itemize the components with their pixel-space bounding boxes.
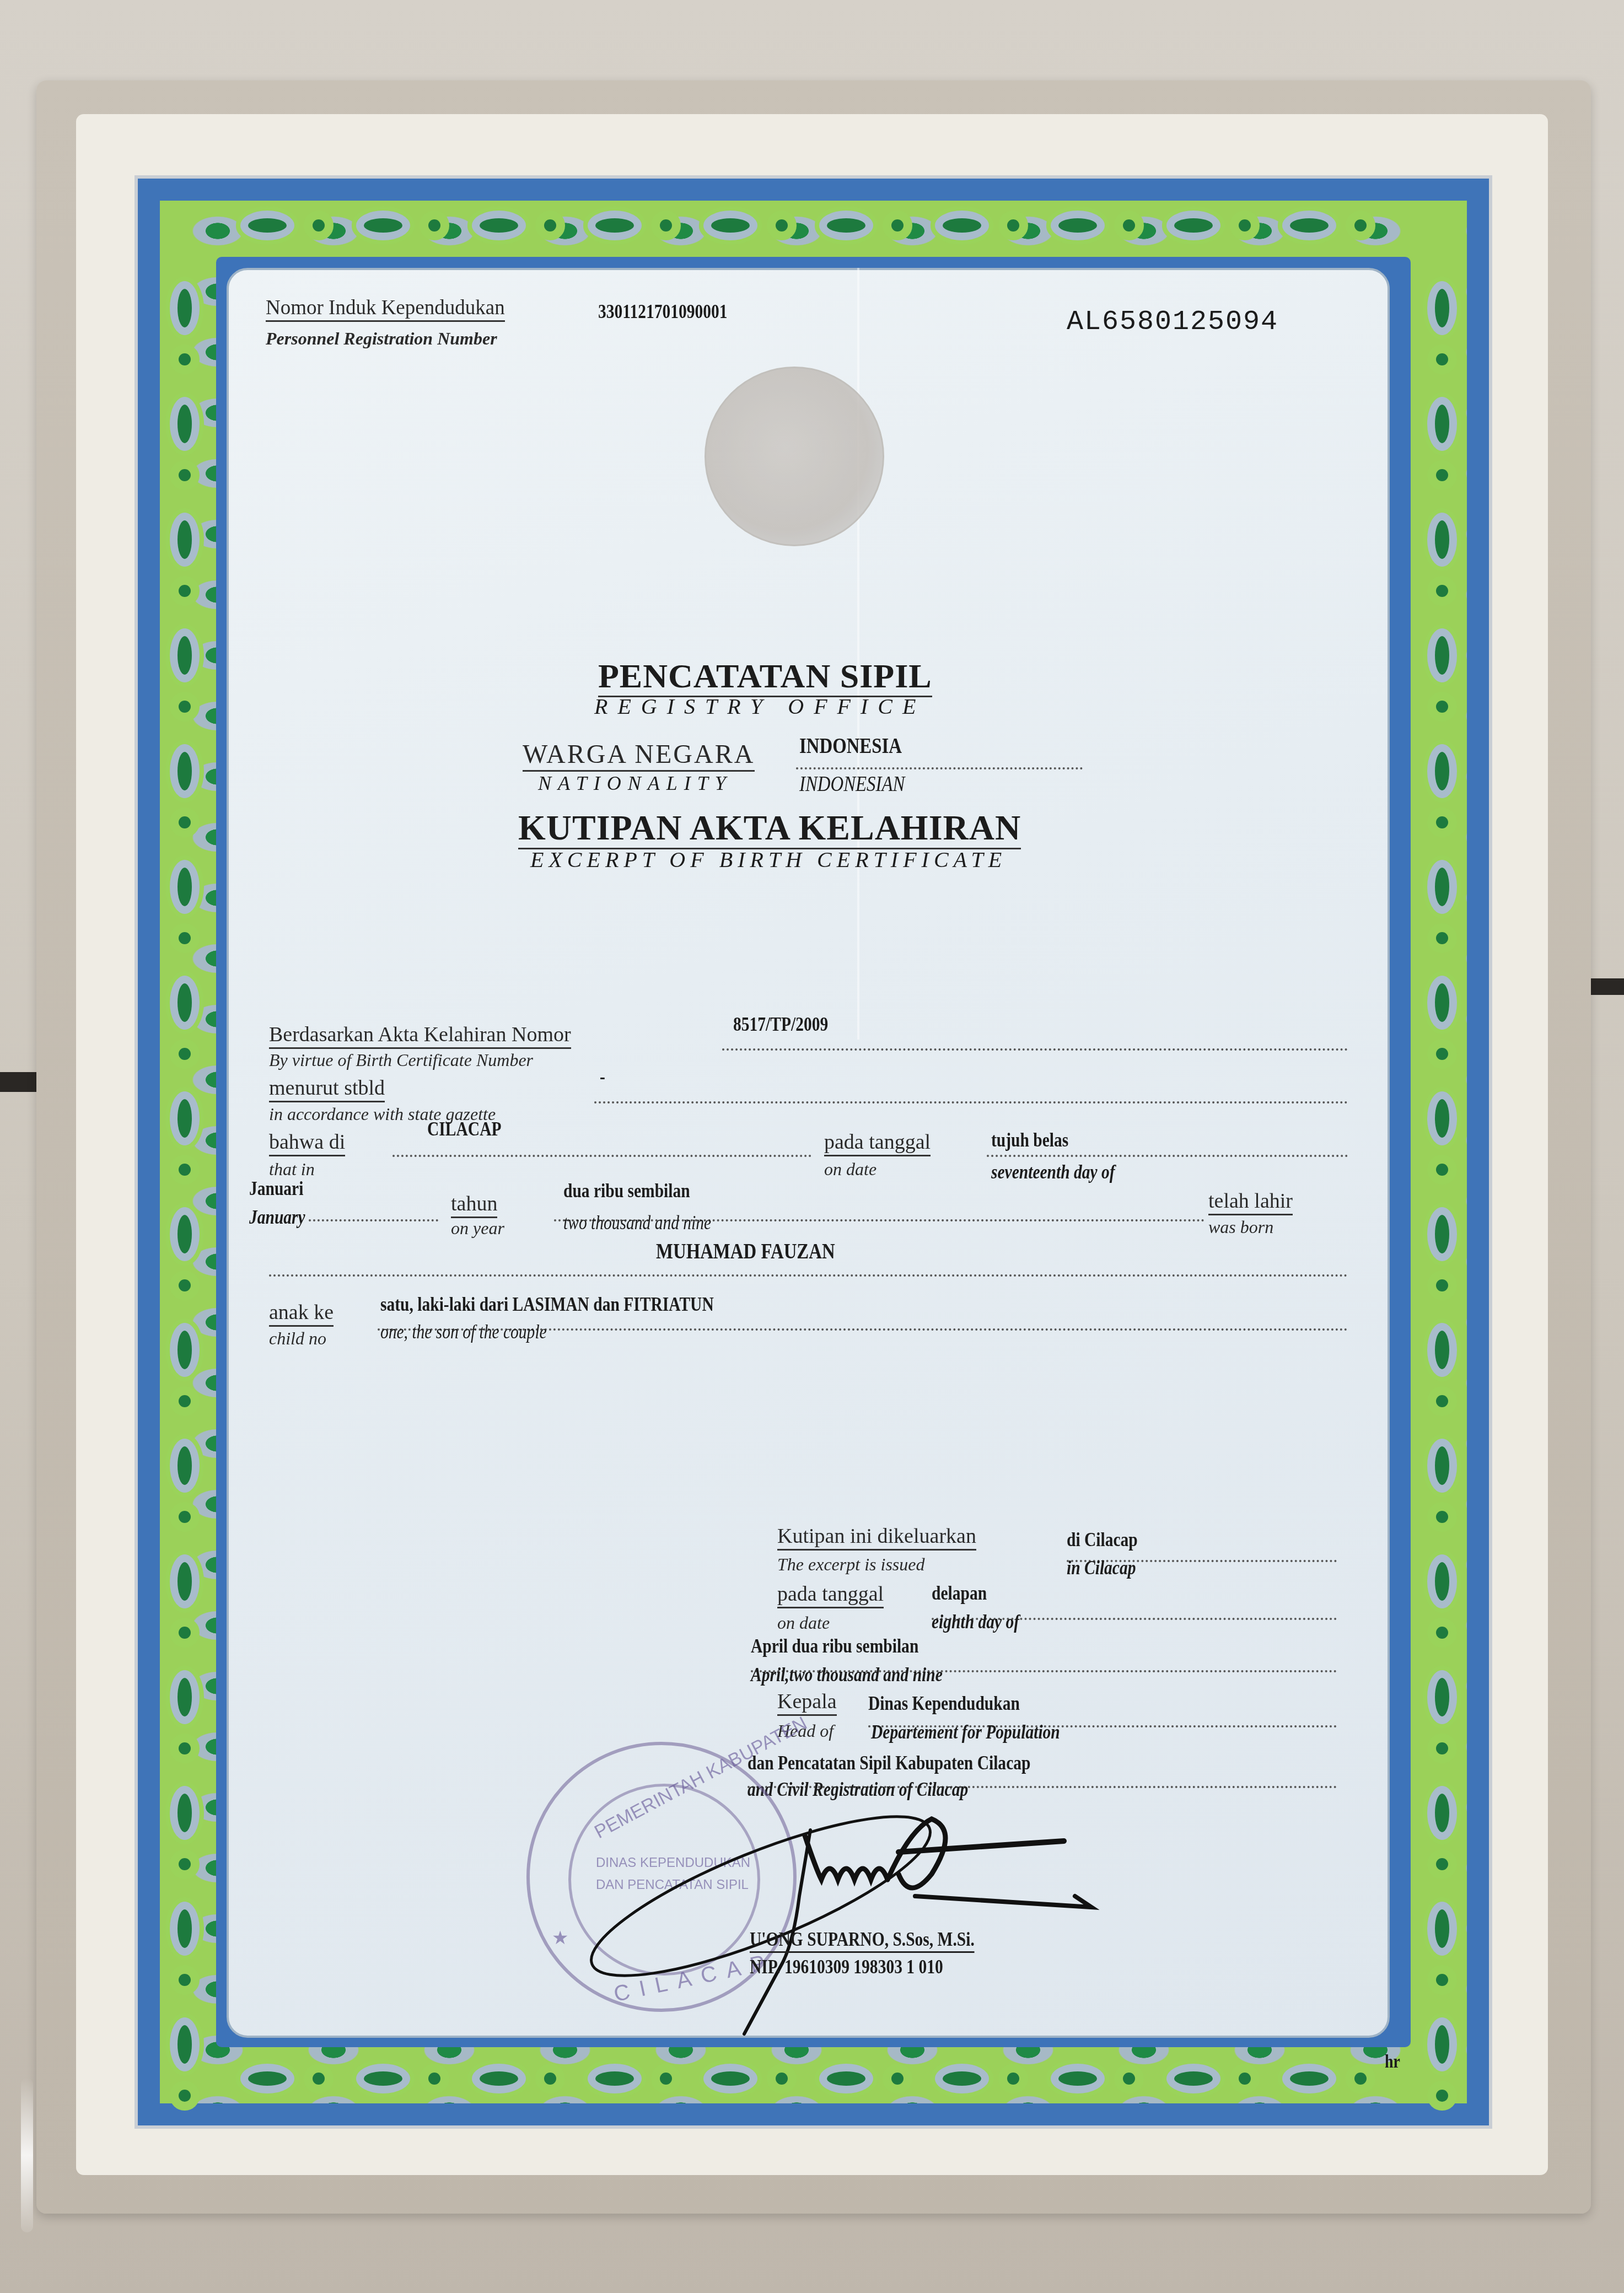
birth-date-value: tujuh belas [991, 1130, 1068, 1150]
border-dot-icon [179, 932, 191, 944]
border-medallion-icon [595, 2071, 634, 2086]
serial-number: AL6580125094 [1067, 309, 1278, 336]
issued-month-year-en: April,two thousand and nine [751, 1665, 943, 1684]
border-dot-icon [179, 1395, 191, 1407]
nationality-value-en: INDONESIAN [799, 773, 905, 795]
border-dot-icon [891, 219, 904, 232]
border-medallion-icon [248, 218, 287, 233]
border-dot-icon [1436, 585, 1448, 597]
border-dot-icon [1436, 1279, 1448, 1291]
nik-label-en: Personnel Registration Number [266, 330, 497, 347]
border-medallion-icon [178, 636, 192, 675]
office-title-en: REGISTRY OFFICE [594, 696, 926, 718]
border-dot-icon [179, 469, 191, 481]
border-dot-icon [1436, 1395, 1448, 1407]
border-dot-icon [179, 353, 191, 365]
sleeve-glare [21, 2078, 33, 2232]
signature [579, 1797, 1108, 2039]
nationality-label-en: NATIONALITY [538, 773, 733, 793]
born-label-en: was born [1208, 1218, 1273, 1236]
border-medallion-icon [1435, 983, 1449, 1022]
border-medallion-icon [1058, 2071, 1097, 2086]
stbld-label: menurut stbld [269, 1078, 385, 1102]
birth-date-dotted-line [987, 1155, 1348, 1157]
nationality-dotted-line [796, 767, 1083, 769]
border-medallion-icon [1435, 636, 1449, 675]
border-medallion-icon [178, 1099, 192, 1138]
cert-number-label: Berdasarkan Akta Kelahiran Nomor [269, 1024, 571, 1049]
nationality-label: WARGA NEGARA [523, 741, 755, 772]
border-dot-icon [428, 219, 440, 232]
border-medallion-icon [1435, 289, 1449, 327]
border-medallion-icon [1435, 1215, 1449, 1253]
border-medallion-icon [1174, 218, 1213, 233]
border-dot-icon [179, 1164, 191, 1176]
nationality-value: INDONESIA [799, 735, 902, 757]
stamp-star-icon: ★ [552, 1927, 568, 1949]
border-medallion-icon [480, 218, 518, 233]
border-medallion-icon [178, 289, 192, 327]
official-nip: NIP. 19610309 198303 1 010 [750, 1957, 943, 1977]
border-medallion-icon [1435, 1562, 1449, 1601]
border-medallion-icon [1435, 1099, 1449, 1138]
border-medallion-icon [178, 405, 192, 443]
border-dot-icon [179, 1511, 191, 1523]
border-dot-icon [1007, 2073, 1019, 2085]
border-dot-icon [891, 2073, 904, 2085]
child-no-value: satu, laki-laki dari LASIMAN dan FITRIAT… [380, 1294, 714, 1314]
border-medallion-icon [827, 218, 865, 233]
birth-month-value-en: January [249, 1207, 305, 1227]
border-medallion-icon [1435, 2025, 1449, 2064]
border-medallion-icon [178, 1562, 192, 1601]
border-medallion-icon [364, 2071, 402, 2086]
stbld-value: - [600, 1067, 605, 1086]
place-value: CILACAP [427, 1119, 501, 1139]
birth-year-label-en: on year [451, 1219, 504, 1237]
place-dotted-line [392, 1155, 811, 1157]
border-medallion-icon [595, 218, 634, 233]
border-dot-icon [179, 1279, 191, 1291]
border-dot-icon [1436, 1858, 1448, 1870]
birth-month-value: Januari [249, 1178, 303, 1198]
place-label: bahwa di [269, 1132, 345, 1156]
border-medallion-icon [178, 1794, 192, 1832]
border-dot-icon [660, 2073, 672, 2085]
garuda-emblem-icon [705, 367, 884, 546]
office-title: PENCATATAN SIPIL [598, 659, 932, 697]
child-no-value-en: one, the son of the couple [380, 1322, 547, 1342]
border-dot-icon [1354, 2073, 1367, 2085]
border-medallion-icon [1435, 1678, 1449, 1716]
border-dot-icon [544, 2073, 556, 2085]
document-title-en: EXCERPT OF BIRTH CERTIFICATE [530, 849, 1007, 871]
border-medallion-icon [711, 2071, 750, 2086]
border-medallion-icon [827, 2071, 865, 2086]
head-label: Kepala [777, 1691, 837, 1716]
border-dot-icon [179, 701, 191, 713]
border-medallion-icon [1290, 2071, 1329, 2086]
border-dot-icon [1007, 219, 1019, 232]
border-medallion-icon [1435, 868, 1449, 906]
cert-number-value: 8517/TP/2009 [733, 1014, 828, 1034]
issued-label: Kutipan ini dikeluarkan [777, 1526, 976, 1551]
border-medallion-icon [178, 868, 192, 906]
born-label: telah lahir [1208, 1191, 1293, 1215]
border-dot-icon [776, 2073, 788, 2085]
border-dot-icon [313, 2073, 325, 2085]
border-dot-icon [660, 219, 672, 232]
border-dot-icon [428, 2073, 440, 2085]
birth-date-value-en: seventeenth day of [991, 1162, 1115, 1182]
border-medallion-icon [1290, 218, 1329, 233]
border-medallion-icon [178, 1331, 192, 1369]
issued-date-value-en: eighth day of [932, 1612, 1019, 1632]
border-medallion-icon [1174, 2071, 1213, 2086]
border-dot-icon [179, 1742, 191, 1754]
border-dot-icon [1239, 219, 1251, 232]
border-medallion-icon [480, 2071, 518, 2086]
border-dot-icon [1354, 219, 1367, 232]
border-medallion-icon [1435, 752, 1449, 790]
corner-mark: hr [1385, 2053, 1400, 2071]
border-dot-icon [1436, 469, 1448, 481]
border-dot-icon [1436, 932, 1448, 944]
border-dot-icon [1436, 1742, 1448, 1754]
border-medallion-icon [178, 983, 192, 1022]
border-dot-icon [1239, 2073, 1251, 2085]
department: Dinas Kependudukan [868, 1693, 1020, 1713]
border-dot-icon [1436, 2090, 1448, 2102]
border-dot-icon [1123, 2073, 1135, 2085]
birth-date-label-en: on date [824, 1160, 876, 1178]
border-medallion-icon [178, 520, 192, 559]
border-medallion-icon [1435, 520, 1449, 559]
border-dot-icon [179, 816, 191, 828]
border-dot-icon [544, 219, 556, 232]
border-dot-icon [1123, 219, 1135, 232]
border-medallion-icon [943, 218, 981, 233]
issued-date-value: delapan [932, 1583, 987, 1603]
department-line-2: dan Pencatatan Sipil Kabupaten Cilacap [748, 1753, 1030, 1773]
border-dot-icon [1436, 1164, 1448, 1176]
border-medallion-icon [1435, 1794, 1449, 1832]
birth-date-label: pada tanggal [824, 1132, 931, 1156]
department-line-2-en: and Civil Registration of Cilacap [748, 1779, 968, 1799]
cert-number-label-en: By virtue of Birth Certificate Number [269, 1051, 533, 1069]
border-medallion-icon [1435, 1331, 1449, 1369]
border-dot-icon [1436, 1627, 1448, 1639]
issued-place-en: in Cilacap [1067, 1558, 1136, 1578]
border-dot-icon [179, 585, 191, 597]
border-dot-icon [179, 1627, 191, 1639]
nik-label: Nomor Induk Kependudukan [266, 298, 505, 322]
issued-month-year: April dua ribu sembilan [751, 1636, 918, 1656]
border-medallion-icon [1435, 1909, 1449, 1948]
border-dot-icon [179, 1974, 191, 1986]
border-medallion-icon [1435, 1446, 1449, 1485]
nik-value: 3301121701090001 [598, 302, 728, 321]
border-dot-icon [1436, 353, 1448, 365]
border-dot-icon [179, 1858, 191, 1870]
border-medallion-icon [178, 752, 192, 790]
child-name: MUHAMAD FAUZAN [656, 1240, 835, 1262]
issued-date-label-en: on date [777, 1614, 830, 1632]
birth-year-value: dua ribu sembilan [563, 1181, 690, 1201]
border-dot-icon [1436, 1974, 1448, 1986]
border-medallion-icon [178, 1446, 192, 1485]
border-medallion-icon [1058, 218, 1097, 233]
issued-place: di Cilacap [1067, 1530, 1138, 1549]
border-medallion-icon [711, 218, 750, 233]
border-dot-icon [179, 1048, 191, 1060]
birth-month-dotted-line [309, 1219, 438, 1221]
stbld-dotted-line [594, 1101, 1348, 1104]
child-no-label-en: child no [269, 1329, 326, 1347]
border-dot-icon [1436, 1048, 1448, 1060]
border-medallion-icon [248, 2071, 287, 2086]
border-dot-icon [313, 219, 325, 232]
border-dot-icon [1436, 701, 1448, 713]
border-medallion-icon [178, 2025, 192, 2064]
child-name-dotted-line [269, 1274, 1348, 1277]
cert-number-dotted-line [722, 1048, 1348, 1051]
border-medallion-icon [943, 2071, 981, 2086]
border-medallion-icon [178, 1215, 192, 1253]
fold-crease [857, 268, 859, 1040]
child-no-label: anak ke [269, 1302, 334, 1327]
border-medallion-icon [1435, 405, 1449, 443]
department-en: Departement for Population [871, 1722, 1060, 1742]
birth-year-value-en: two thousand and nine [563, 1213, 711, 1232]
border-dot-icon [179, 2090, 191, 2102]
issued-label-en: The excerpt is issued [777, 1555, 925, 1573]
border-medallion-icon [364, 218, 402, 233]
place-label-en: that in [269, 1160, 315, 1178]
border-dot-icon [776, 219, 788, 232]
border-dot-icon [1436, 1511, 1448, 1523]
border-dot-icon [1436, 816, 1448, 828]
issued-date-label: pada tanggal [777, 1584, 884, 1608]
border-medallion-icon [178, 1678, 192, 1716]
document-title: KUTIPAN AKTA KELAHIRAN [518, 810, 1021, 849]
official-name: U'ONG SUPARNO, S.Sos, M.Si. [750, 1929, 975, 1953]
birth-year-label: tahun [451, 1193, 497, 1218]
border-medallion-icon [178, 1909, 192, 1948]
